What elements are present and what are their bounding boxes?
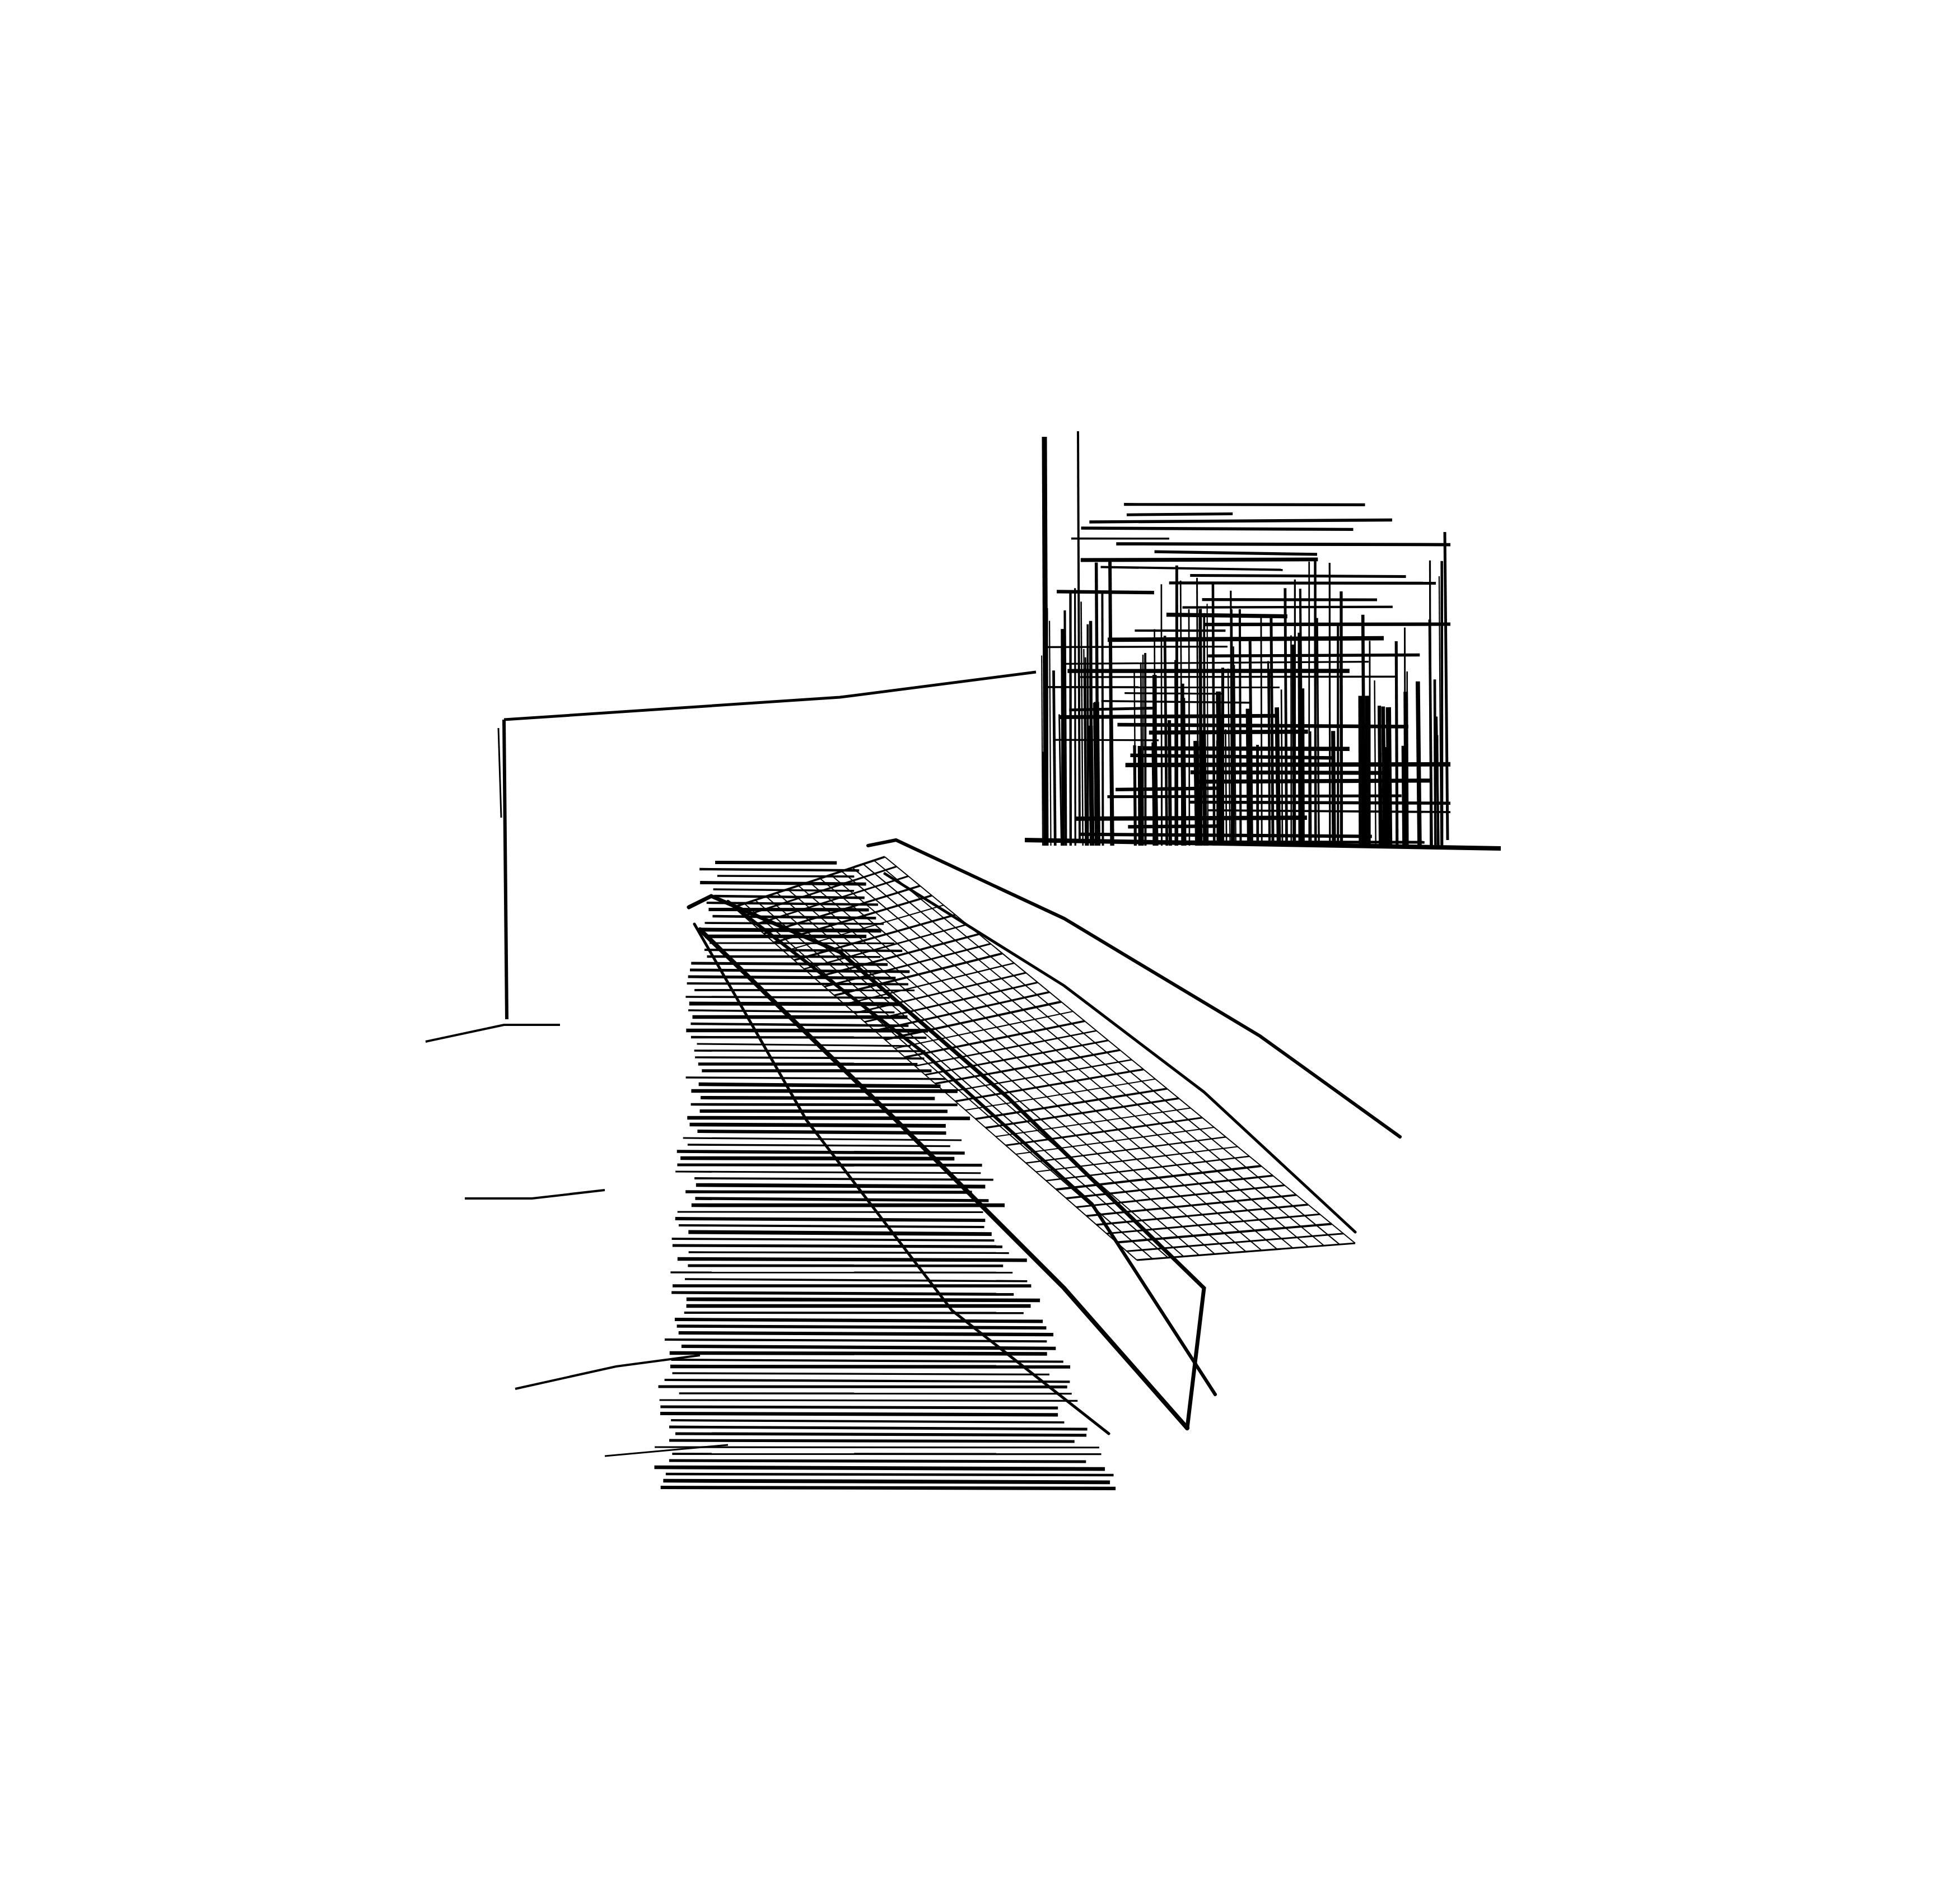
ground-lines xyxy=(426,1025,728,1456)
sketch-canvas xyxy=(0,0,1960,1880)
ramp-shadow xyxy=(654,862,1116,1489)
hatched-block xyxy=(1025,431,1501,848)
wall-outline xyxy=(498,672,1036,1019)
